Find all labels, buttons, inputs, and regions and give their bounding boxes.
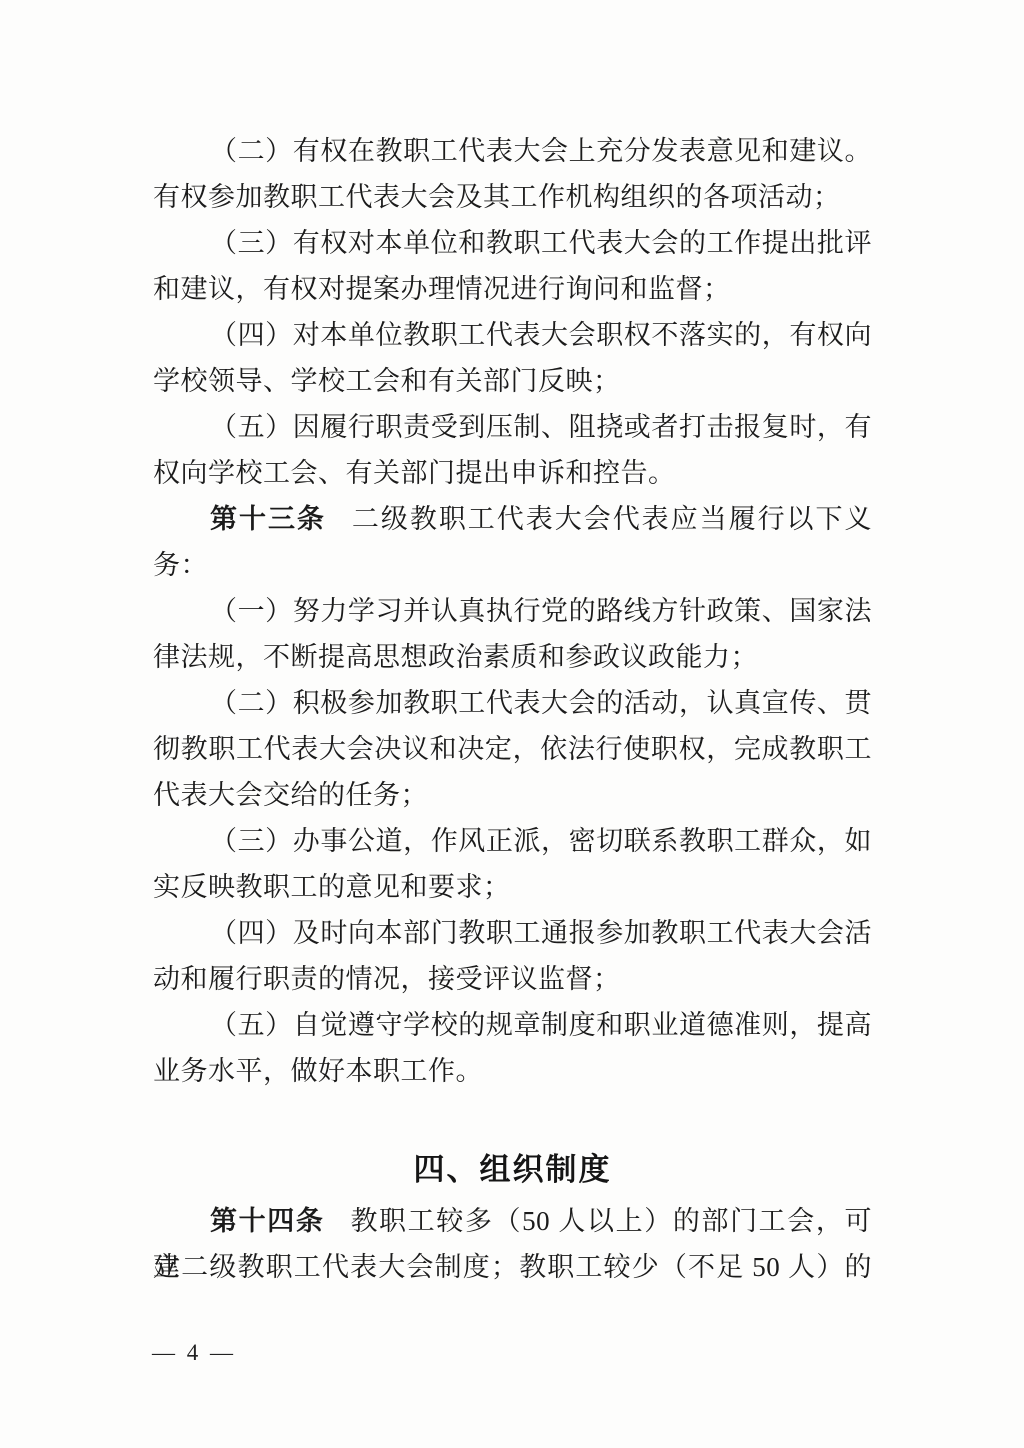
text-line: 务： <box>153 542 872 588</box>
text-line: 律法规，不断提高思想政治素质和参政议政能力； <box>153 634 872 680</box>
text-line: （四）及时向本部门教职工通报参加教职工代表大会活 <box>153 910 872 956</box>
text-line: 学校领导、学校工会和有关部门反映； <box>153 358 872 404</box>
text-line: （三）有权对本单位和教职工代表大会的工作提出批评 <box>153 220 872 266</box>
text-line: 立二级教职工代表大会制度；教职工较少（不足 50 人）的 <box>153 1244 872 1290</box>
article-14-line: 第十四条教职工较多（50 人以上）的部门工会，可建 <box>153 1198 872 1244</box>
document-page: （二）有权在教职工代表大会上充分发表意见和建议。 有权参加教职工代表大会及其工作… <box>0 0 1024 1448</box>
text-line: （二）积极参加教职工代表大会的活动，认真宣传、贯 <box>153 680 872 726</box>
text-line: （四）对本单位教职工代表大会职权不落实的，有权向 <box>153 312 872 358</box>
section-heading: 四、组织制度 <box>153 1146 872 1194</box>
article-14-number: 第十四条 <box>210 1206 324 1236</box>
page-number: — 4 — <box>152 1338 236 1368</box>
article-13-number: 第十三条 <box>210 504 326 534</box>
text-line: 和建议，有权对提案办理情况进行询问和监督； <box>153 266 872 312</box>
text-line: 实反映教职工的意见和要求； <box>153 864 872 910</box>
text-line: （五）自觉遵守学校的规章制度和职业道德准则，提高 <box>153 1002 872 1048</box>
text-line: （三）办事公道，作风正派，密切联系教职工群众，如 <box>153 818 872 864</box>
text-line: 彻教职工代表大会决议和决定，依法行使职权，完成教职工 <box>153 726 872 772</box>
text-line: 业务水平，做好本职工作。 <box>153 1048 872 1094</box>
text-line: 代表大会交给的任务； <box>153 772 872 818</box>
page-content: （二）有权在教职工代表大会上充分发表意见和建议。 有权参加教职工代表大会及其工作… <box>153 128 872 1290</box>
text-line: （五）因履行职责受到压制、阻挠或者打击报复时，有 <box>153 404 872 450</box>
article-13-line: 第十三条二级教职工代表大会代表应当履行以下义 <box>153 496 872 542</box>
article-13-text: 二级教职工代表大会代表应当履行以下义 <box>352 504 872 534</box>
text-line: （一）努力学习并认真执行党的路线方针政策、国家法 <box>153 588 872 634</box>
text-line: 动和履行职责的情况，接受评议监督； <box>153 956 872 1002</box>
text-line: 有权参加教职工代表大会及其工作机构组织的各项活动； <box>153 174 872 220</box>
text-line: （二）有权在教职工代表大会上充分发表意见和建议。 <box>153 128 872 174</box>
text-line: 权向学校工会、有关部门提出申诉和控告。 <box>153 450 872 496</box>
